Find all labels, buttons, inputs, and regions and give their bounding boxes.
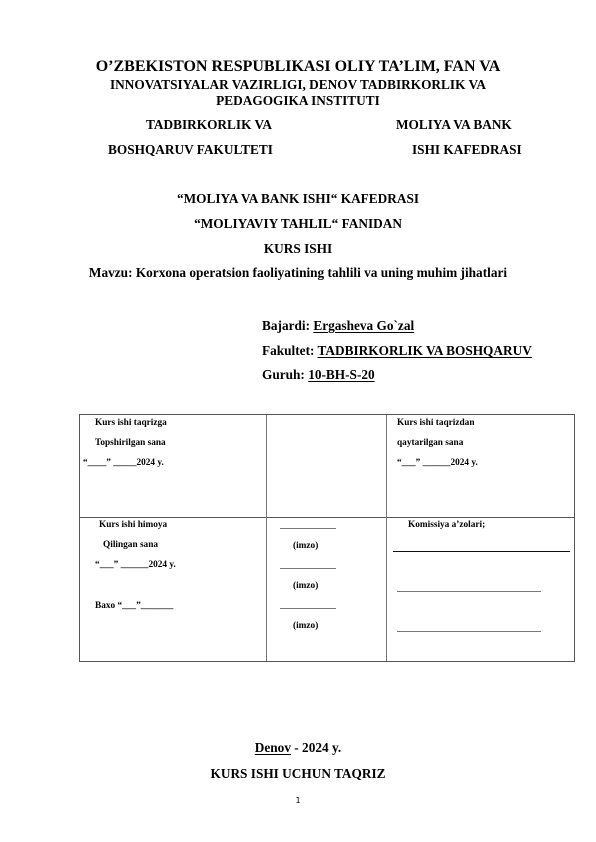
submitted-line-2: Topshirilgan sana (95, 438, 166, 449)
performer-row: Bajardi: Ergasheva Go`zal (262, 318, 414, 334)
year: - 2024 y. (291, 740, 341, 755)
defense-date: “___” ______2024 y. (95, 560, 176, 571)
faculty-left-line-1: TADBIRKORLIK VA (146, 117, 272, 133)
performer-value: Ergasheva Go`zal (313, 318, 414, 333)
ministry-line-1-text: O’ZBEKISTON RESPUBLIKASI OLIY TA’LIM, FA… (96, 58, 501, 75)
commission-line-3 (397, 631, 541, 632)
signature-label-2: (imzo) (293, 581, 318, 592)
faculty-left-line-2: BOSHQARUV FAKULTETI (108, 142, 273, 158)
signature-line-3 (280, 608, 336, 609)
ministry-line-1: O’ZBEKISTON RESPUBLIKASI OLIY TA’LIM, FA… (0, 59, 596, 75)
submitted-line-1: Kurs ishi taqrizga (95, 418, 167, 429)
faculty-row: Fakultet: TADBIRKORLIK VA BOSHQARUV (262, 343, 532, 359)
ministry-line-2: INNOVATSIYALAR VAZIRLIGI, DENOV TADBIRKO… (0, 77, 596, 93)
table-column-divider-2 (386, 415, 387, 661)
commission-title: Komissiya a’zolari; (408, 520, 485, 531)
faculty-label: Fakultet: (262, 343, 318, 358)
work-type: KURS ISHI (0, 241, 596, 257)
commission-line-1 (393, 551, 570, 552)
page-number: 1 (0, 796, 596, 806)
returned-line-2: qaytarilgan sana (397, 438, 463, 449)
grade-field: Baxo “___”_______ (95, 601, 173, 612)
performer-label: Bajardi: (262, 318, 313, 333)
city: Denov (255, 740, 291, 755)
institute-name: PEDAGOGIKA INSTITUTI (0, 93, 596, 109)
department-title: “MOLIYA VA BANK ISHI“ KAFEDRASI (0, 191, 596, 207)
signature-label-1: (imzo) (293, 541, 318, 552)
commission-line-2 (397, 591, 541, 592)
group-value: 10-BH-S-20 (308, 367, 375, 382)
returned-line-1: Kurs ishi taqrizdan (397, 418, 475, 429)
defense-line-1: Kurs ishi himoya (99, 520, 167, 531)
faculty-value: TADBIRKORLIK VA BOSHQARUV (318, 343, 532, 358)
department-right-line-2: ISHI KAFEDRASI (412, 142, 522, 158)
review-title: KURS ISHI UCHUN TAQRIZ (0, 766, 596, 782)
submitted-date: “____” _____2024 y. (83, 458, 164, 469)
group-label: Guruh: (262, 367, 308, 382)
table-row-divider (80, 517, 574, 518)
defense-line-2: Qilingan sana (103, 540, 158, 551)
signature-line-1 (280, 528, 336, 529)
place-year: Denov - 2024 y. (0, 740, 596, 756)
review-table: Kurs ishi taqrizga Topshirilgan sana “__… (79, 414, 575, 662)
topic: Mavzu: Korxona operatsion faoliyatining … (0, 265, 596, 281)
returned-date: “___” ______2024 y. (397, 458, 478, 469)
group-row: Guruh: 10-BH-S-20 (262, 367, 375, 383)
department-right-line-1: MOLIYA VA BANK (396, 117, 512, 133)
subject-title: “MOLIYAVIY TAHLIL“ FANIDAN (0, 216, 596, 232)
signature-line-2 (280, 568, 336, 569)
table-column-divider-1 (266, 415, 267, 661)
signature-label-3: (imzo) (293, 621, 318, 632)
